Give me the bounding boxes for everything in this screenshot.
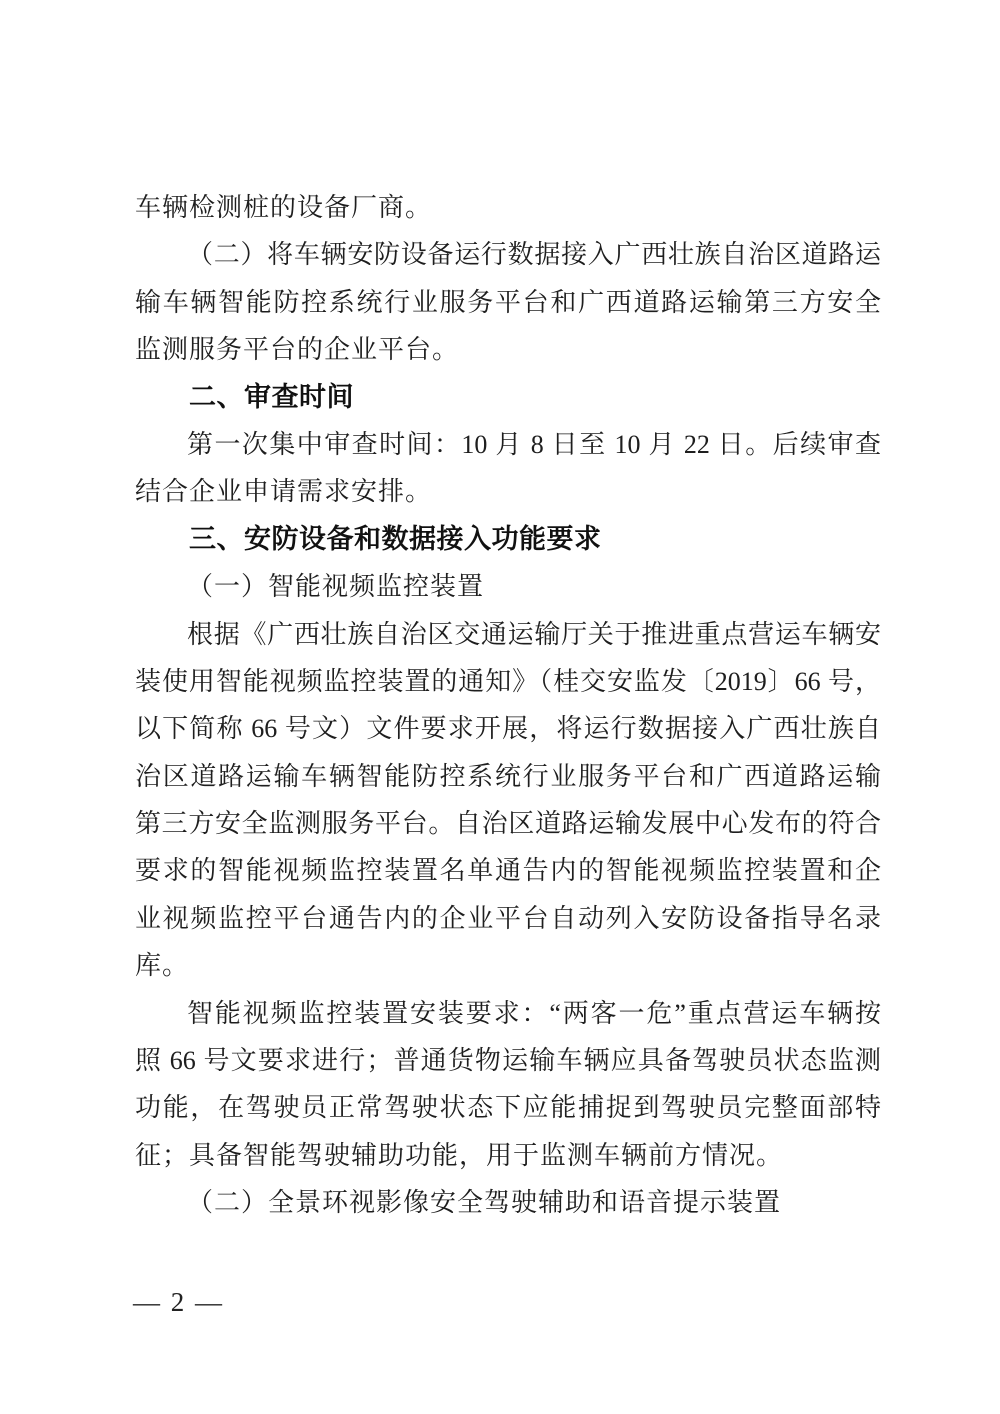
text-line: 车辆检测桩的设备厂商。 — [135, 184, 881, 231]
text-line: 库。 — [135, 942, 881, 989]
text-line: 第三方安全监测服务平台。自治区道路运输发展中心发布的符合 — [135, 800, 881, 847]
text-line: 征；具备智能驾驶辅助功能，用于监测车辆前方情况。 — [135, 1132, 881, 1179]
text-line: 装使用智能视频监控装置的通知》（桂交安监发〔2019〕66 号， — [135, 658, 881, 705]
text-line: 治区道路运输车辆智能防控系统行业服务平台和广西道路运输 — [135, 753, 881, 800]
subsection-heading: （二）全景环视影像安全驾驶辅助和语音提示装置 — [135, 1179, 881, 1226]
text-line: 第一次集中审查时间：10 月 8 日至 10 月 22 日。后续审查 — [135, 421, 881, 468]
text-line: 根据《广西壮族自治区交通运输厅关于推进重点营运车辆安 — [135, 611, 881, 658]
page-number: — 2 — — [133, 1287, 224, 1317]
text-line: 功能，在驾驶员正常驾驶状态下应能捕捉到驾驶员完整面部特 — [135, 1084, 881, 1131]
text-line: 监测服务平台的企业平台。 — [135, 326, 881, 373]
text-line: （二）将车辆安防设备运行数据接入广西壮族自治区道路运 — [135, 231, 881, 278]
document-content: 车辆检测桩的设备厂商。 （二）将车辆安防设备运行数据接入广西壮族自治区道路运 输… — [135, 184, 881, 1227]
subsection-heading: （一）智能视频监控装置 — [135, 563, 881, 610]
text-line: 输车辆智能防控系统行业服务平台和广西道路运输第三方安全 — [135, 279, 881, 326]
text-line: 照 66 号文要求进行；普通货物运输车辆应具备驾驶员状态监测 — [135, 1037, 881, 1084]
text-line: 业视频监控平台通告内的企业平台自动列入安防设备指导名录 — [135, 895, 881, 942]
page-footer: — 2 — — [133, 1287, 224, 1318]
text-line: 以下简称 66 号文）文件要求开展，将运行数据接入广西壮族自 — [135, 705, 881, 752]
document-page: 车辆检测桩的设备厂商。 （二）将车辆安防设备运行数据接入广西壮族自治区道路运 输… — [0, 0, 1000, 1414]
text-line: 智能视频监控装置安装要求：“两客一危”重点营运车辆按 — [135, 990, 881, 1037]
section-heading: 三、安防设备和数据接入功能要求 — [135, 516, 881, 563]
section-heading: 二、审查时间 — [135, 374, 881, 421]
text-line: 要求的智能视频监控装置名单通告内的智能视频监控装置和企 — [135, 847, 881, 894]
text-line: 结合企业申请需求安排。 — [135, 468, 881, 515]
